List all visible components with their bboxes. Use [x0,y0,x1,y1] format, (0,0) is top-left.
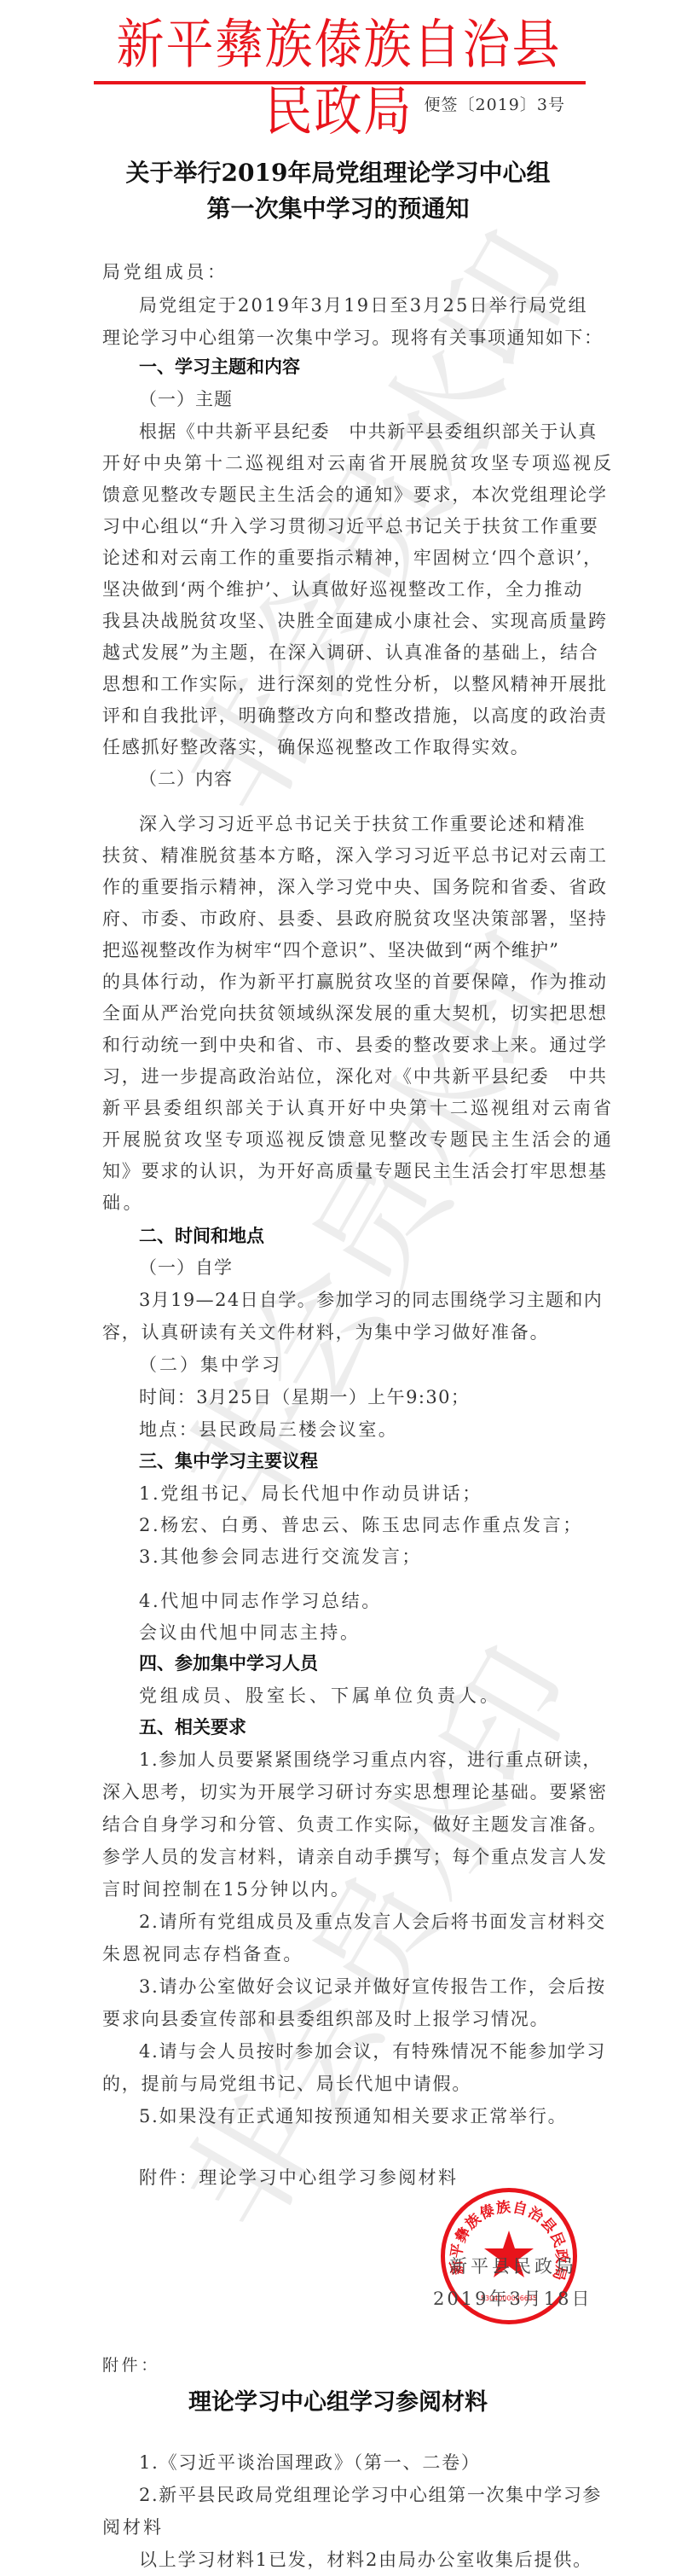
salutation: 局党组成员： [102,258,228,284]
attachment-label: 附件： [102,2353,160,2376]
requirement-line: 结合自身学习和分管、负责工作实际，做好主题发言准备。 [102,1811,608,1836]
paragraph-line: 习中心组以“升入学习贯彻习近平总书记关于扶贫工作重要 [102,513,599,538]
paragraph-line: 府、市委、市政府、县委、县政府脱贫攻坚决策部署，坚持 [102,905,608,931]
paragraph-line: 越式发展”为主题，在深入调研、认真准备的基础上，结合 [102,639,599,664]
attachment-title: 理论学习中心组学习参阅材料 [0,2383,676,2416]
requirement-line: 深入思考，切实为开展学习研讨夯实思想理论基础。要紧密 [102,1778,608,1804]
section-heading: 一、学习主题和内容 [139,353,300,379]
red-header-rule [94,81,586,84]
requirement-line: 参学人员的发言材料，请亲自动手撰写；每个重点发言人发 [102,1843,608,1869]
paragraph-line: 开好中央第十二巡视组对云南省开展脱贫攻坚专项巡视反 [102,450,614,475]
document-number: 便签〔2019〕3号 [425,92,565,115]
paragraph-line: 知》要求的认识，为开好高质量专题民主生活会打牢思想基 [102,1157,608,1183]
watermark: 非会员水印 [131,1611,610,2258]
requirement-line: 的，提前与局党组书记、局长代旭中请假。 [102,2070,471,2096]
signature-org: 新平县民政局 [449,2253,577,2278]
paragraph-line: 的具体行动，作为新平打赢脱贫攻坚的首要保障，作为推动 [102,968,608,994]
participants: 党组成员、股室长、下属单位负责人。 [139,1682,501,1708]
section-heading: 三、集中学习主要议程 [139,1448,318,1473]
requirement-line: 5.如果没有正式通知按预通知相关要求正常举行。 [139,2103,567,2128]
paragraph-line: 根据《中共新平县纪委 中共新平县委组织部关于认真 [139,418,598,444]
notice-title-line1: 关于举行2019年局党组理论学习中心组 [0,156,676,190]
intro-line: 理论学习中心组第一次集中学习。现将有关事项通知如下： [102,324,604,350]
requirement-line: 朱恩祝同志存档备查。 [102,1941,303,1966]
notice-title-line2: 第一次集中学习的预通知 [0,192,676,226]
paragraph-line: 思想和工作实际，进行深刻的党性分析，以整风精神开展批 [102,670,608,696]
requirement-line: 4.请与会人员按时参加会议，有特殊情况不能参加学习 [139,2038,606,2063]
signature-date: 2019年3月18日 [433,2285,592,2311]
agenda-item: 1.党组书记、局长代旭中作动员讲话； [139,1480,482,1506]
subsection-heading: （一）主题 [139,386,233,411]
paragraph-line: 习，进一步提高政治站位，深化对《中共新平县纪委 中共 [102,1063,608,1088]
paragraph-line: 3月19—24日自学。参加学习的同志围绕学习主题和内 [139,1286,603,1312]
paragraph-line: 扶贫、精准脱贫基本方略，深入学习习近平总书记对云南工 [102,842,608,867]
requirement-line: 3.请办公室做好会议记录并做好宣传报告工作，会后按 [139,1973,606,1999]
agenda-item: 4.代旭中同志作学习总结。 [139,1587,382,1613]
meeting-host: 会议由代旭中同志主持。 [139,1619,361,1645]
document-page: 非会员水印 非会员水印 非会员水印 新平彝族傣族自治县民政局 便签〔2019〕3… [0,0,676,2576]
paragraph-line: 把巡视整改作为树牢“四个意识”、坚决做到“两个维护” [102,937,559,962]
requirement-line: 2.请所有党组成员及重点发言人会后将书面发言材料交 [139,1908,606,1934]
requirement-line: 1.参加人员要紧紧围绕学习重点内容，进行重点研读， [139,1746,602,1772]
paragraph-line: 础。 [102,1189,144,1215]
paragraph-line: 全面从严治党向扶贫领域纵深发展的重大契机，切实把思想 [102,1000,608,1025]
requirement-line: 要求向县委宣传部和县委组织部及时上报学习情况。 [102,2005,549,2031]
section-heading: 四、参加集中学习人员 [139,1650,318,1675]
attachment-note: 附件：理论学习中心组学习参阅材料 [139,2164,458,2190]
attachment-item: 以上学习材料1已发，材料2由局办公室收集后提供。 [139,2546,592,2572]
attachment-item: 1.《习近平谈治国理政》（第一、二卷） [139,2449,481,2474]
agency-masthead: 新平彝族傣族自治县民政局 [94,12,584,146]
attachment-item: 2.新平县民政局党组理论学习中心组第一次集中学习参 [139,2481,602,2507]
section-heading: 二、时间和地点 [139,1222,264,1248]
meeting-time: 时间：3月25日（星期一）上午9:30； [139,1384,470,1409]
paragraph-line: 作的重要指示精神，深入学习党中央、国务院和省委、省政 [102,873,608,899]
intro-line: 局党组定于2019年3月19日至3月25日举行局党组 [139,292,588,317]
attachment-item: 阅材料 [102,2514,164,2539]
paragraph-line: 深入学习习近平总书记关于扶贫工作重要论述和精准 [139,810,586,836]
paragraph-line: 新平县委组织部关于认真开好中央第十二巡视组对云南省 [102,1094,614,1120]
meeting-place: 地点：县民政局三楼会议室。 [139,1416,398,1442]
paragraph-line: 我县决战脱贫攻坚、决胜全面建成小康社会、实现高质量跨 [102,607,608,633]
paragraph-line: 任感抓好整改落实，确保巡视整改工作取得实效。 [102,734,530,759]
subsection-heading: （二）集中学习 [139,1351,282,1377]
paragraph-line: 论述和对云南工作的重要指示精神，牢固树立‘四个意识’， [102,544,603,570]
paragraph-line: 容，认真研读有关文件材料，为集中学习做好准备。 [102,1319,549,1344]
subsection-heading: （一）自学 [139,1254,233,1279]
paragraph-line: 馈意见整改专题民主生活会的通知》要求，本次党组理论学 [102,481,608,507]
subsection-heading: （二）内容 [139,765,233,791]
requirement-line: 言时间控制在15分钟以内。 [102,1876,351,1901]
paragraph-line: 开展脱贫攻坚专项巡视反馈意见整改专题民主生活会的通 [102,1126,614,1152]
paragraph-line: 和行动统一到中央和省、市、县委的整改要求上来。通过学 [102,1031,608,1057]
agenda-item: 2.杨宏、白勇、普忠云、陈玉忠同志作重点发言； [139,1511,583,1537]
paragraph-line: 坚决做到‘两个维护’、认真做好巡视整改工作，全力推动 [102,576,583,601]
agenda-item: 3.其他参会同志进行交流发言； [139,1543,422,1569]
section-heading: 五、相关要求 [139,1714,246,1739]
paragraph-line: 评和自我批评，明确整改方向和整改措施，以高度的政治责 [102,702,608,728]
